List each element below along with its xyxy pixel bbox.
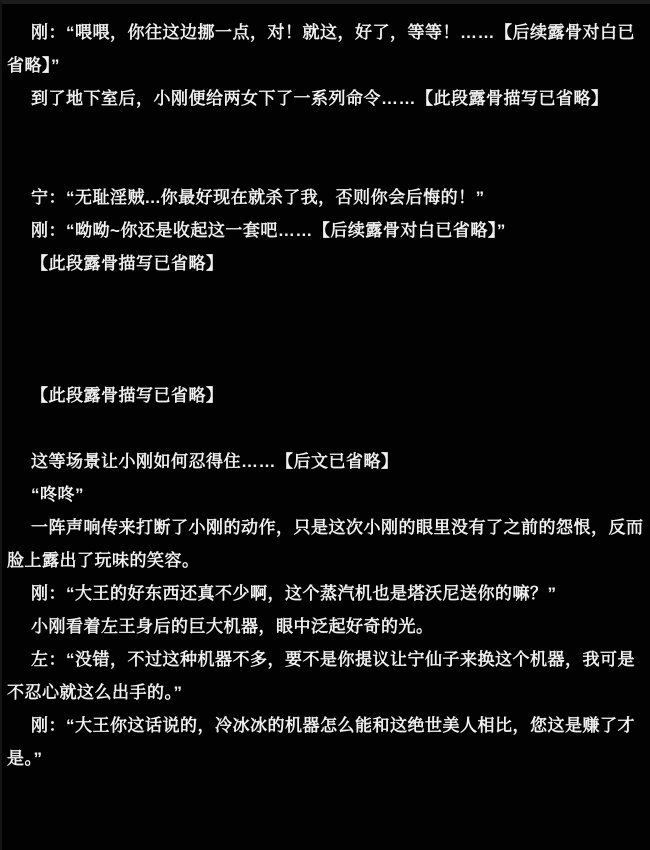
paragraph-narration-interruption: 一阵声响传来打断了小刚的动作，只是这次小刚的眼里没有了之前的怨恨，反而脸上露出了… xyxy=(7,511,644,577)
novel-reader-page: 刚：“喂喂，你往这边挪一点，对！就这，好了，等等！……【后续露骨对白已省略】” … xyxy=(0,0,650,850)
paragraph-dialogue-gang-1: 刚：“喂喂，你往这边挪一点，对！就这，好了，等等！……【后续露骨对白已省略】” xyxy=(7,16,644,82)
paragraph-narration-basement: 到了地下室后，小刚便给两女下了一系列命令……【此段露骨描写已省略】 xyxy=(7,82,644,181)
paragraph-dialogue-gang-2: 刚：“呦呦~你还是收起这一套吧……【后续露骨对白已省略】” xyxy=(7,214,644,247)
paragraph-sound-effect: “咚咚” xyxy=(7,478,644,511)
paragraph-narration-redacted-1: 【此段露骨描写已省略】 xyxy=(7,247,644,379)
paragraph-dialogue-ning: 宁：“无耻淫贼...你最好现在就杀了我，否则你会后悔的！” xyxy=(7,181,644,214)
paragraph-narration-redacted-2: 【此段露骨描写已省略】 xyxy=(7,379,644,445)
paragraph-dialogue-king-zuo: 左：“没错，不过这种机器不多，要不是你提议让宁仙子来换这个机器，我可是不忍心就这… xyxy=(7,643,644,709)
paragraph-narration-scene: 这等场景让小刚如何忍得住……【后文已省略】 xyxy=(7,445,644,478)
paragraph-narration-machine: 小刚看着左王身后的巨大机器，眼中泛起好奇的光。 xyxy=(7,610,644,643)
paragraph-dialogue-gang-final: 刚：“大王你这话说的，冷冰冰的机器怎么能和这绝世美人相比，您这是赚了才是。” xyxy=(7,709,644,775)
paragraph-dialogue-gang-machine: 刚：“大王的好东西还真不少啊，这个蒸汽机也是塔沃尼送你的嘛？” xyxy=(7,577,644,610)
